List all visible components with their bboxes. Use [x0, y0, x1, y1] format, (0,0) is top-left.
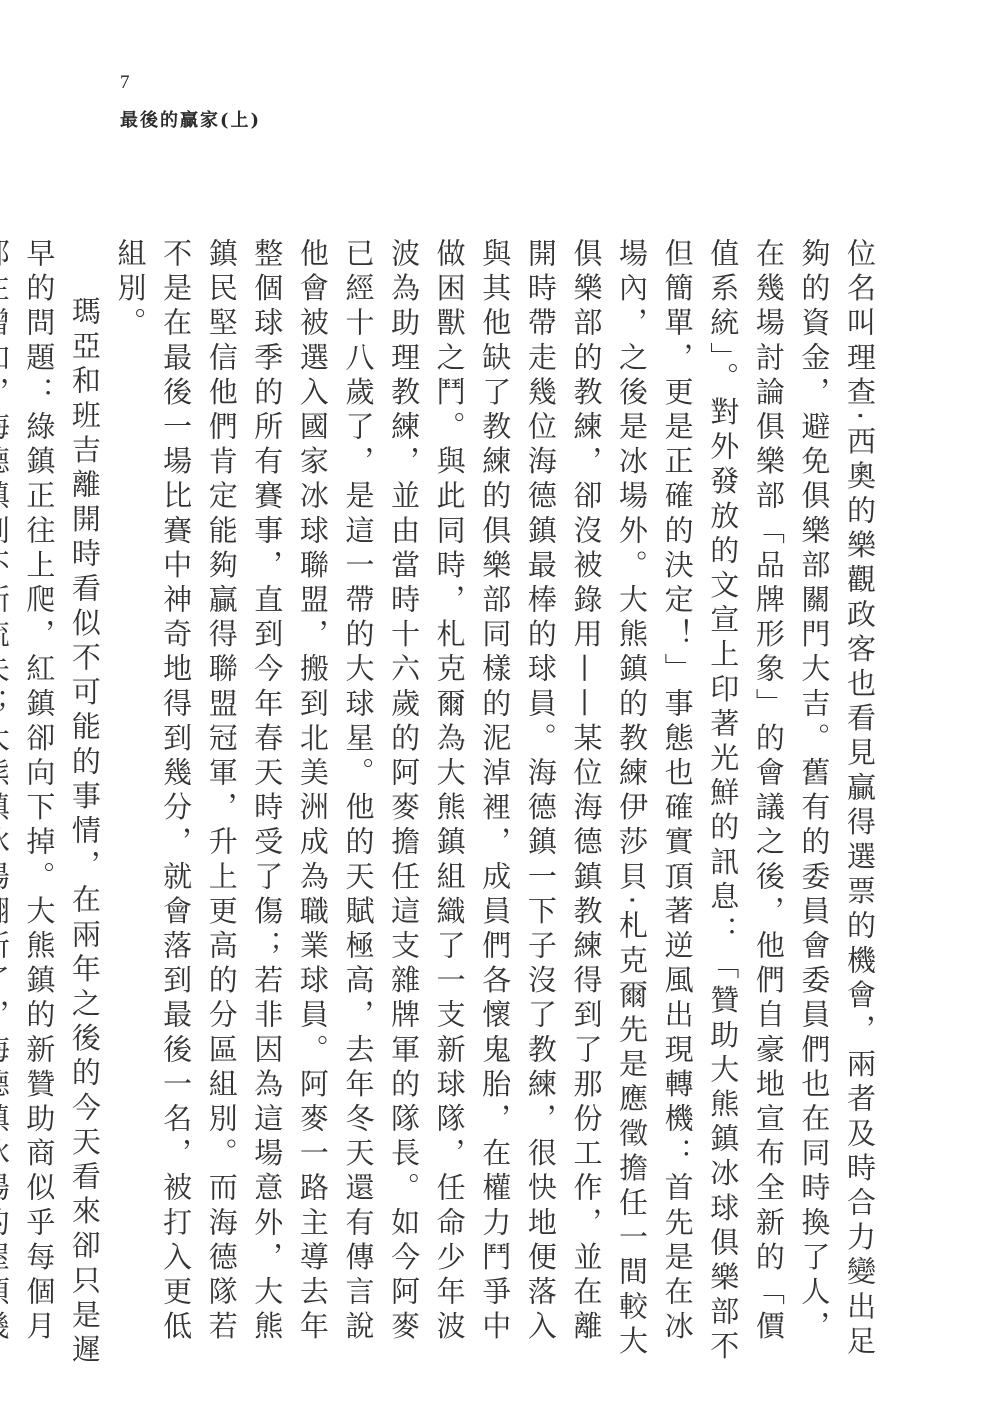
vertical-body-text: 位名叫理查·西奧的樂觀政客也看見贏得選票的機會，兩者及時合力變出足夠的資金，避免…	[0, 238, 882, 1378]
paragraph-1: 位名叫理查·西奧的樂觀政客也看見贏得選票的機會，兩者及時合力變出足夠的資金，避免…	[107, 238, 882, 1378]
paragraph-2: 瑪亞和班吉離開時看似不可能的事情，在兩年之後的今天看來卻只是遲早的問題：綠鎮正往…	[0, 238, 107, 1378]
page-number: 7	[120, 72, 130, 94]
running-title: 最後的贏家(上)	[120, 106, 261, 132]
